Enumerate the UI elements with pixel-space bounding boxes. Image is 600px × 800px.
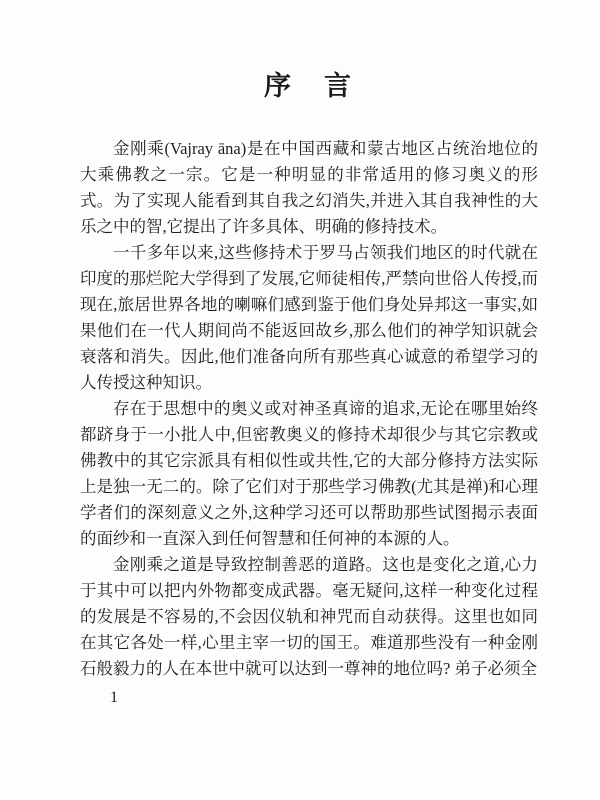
paragraph: 金刚乘(Vajray āna)是在中国西藏和蒙古地区占统治地位的大乘佛教之一宗。… xyxy=(80,136,538,240)
paragraph: 存在于思想中的奥义或对神圣真谛的追求,无论在哪里始终都跻身于一小批人中,但密教奥… xyxy=(80,396,538,552)
body-text: 金刚乘(Vajray āna)是在中国西藏和蒙古地区占统治地位的大乘佛教之一宗。… xyxy=(80,136,538,682)
paragraph: 金刚乘之道是导致控制善恶的道路。这也是变化之道,心力于其中可以把内外物都变成武器… xyxy=(80,552,538,682)
scanned-book-page: 序 言 金刚乘(Vajray āna)是在中国西藏和蒙古地区占统治地位的大乘佛教… xyxy=(0,0,600,800)
paragraph: 一千多年以来,这些修持术于罗马占领我们地区的时代就在印度的那烂陀大学得到了发展,… xyxy=(80,240,538,396)
page-number: 1 xyxy=(110,689,118,707)
page-title: 序 言 xyxy=(80,64,538,103)
